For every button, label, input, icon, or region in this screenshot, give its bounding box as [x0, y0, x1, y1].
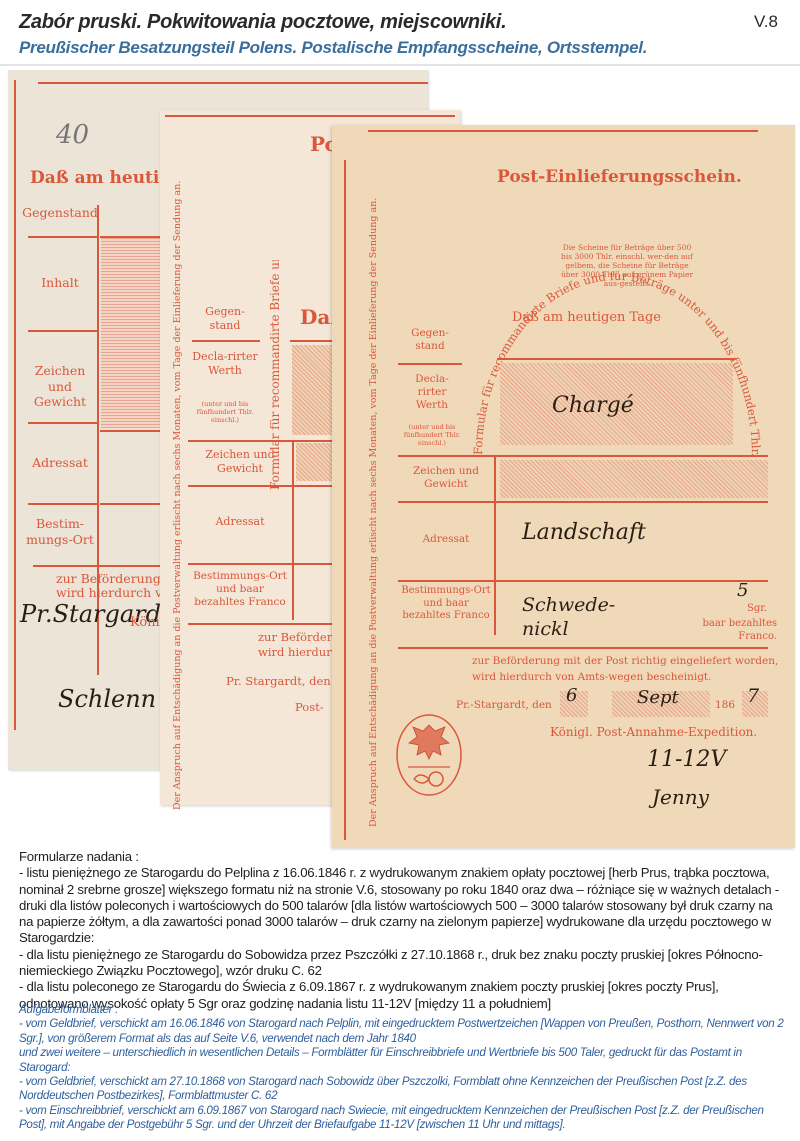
footer-text-line-1: zur Beförderu: [258, 630, 340, 644]
caption-polish: Formularze nadania : - listu pieniężnego…: [19, 849, 784, 1012]
row-line: [192, 340, 260, 342]
label-zeichen-gewicht: Zeichen und Gewicht: [192, 448, 288, 476]
row-line: [398, 455, 768, 457]
label-gegenstand: Gegen-stand: [398, 327, 462, 353]
top-border-line: [38, 82, 428, 84]
row-line: [398, 647, 768, 649]
paper-color-notice: Die Scheine für Beträge über 500 bis 300…: [557, 243, 697, 288]
row-line: [398, 580, 768, 582]
vertical-liability-note: Der Anspruch auf Entschädigung an die Po…: [172, 130, 184, 810]
label-adressat: Adressat: [192, 515, 288, 529]
label-bestimmungsort: Bestim-mungs-Ort: [24, 516, 96, 547]
label-gegenstand: Gegen-stand: [190, 305, 260, 333]
caption-polish-heading: Formularze nadania :: [19, 849, 784, 865]
label-zeichen-gewicht: Zeichen und Gewicht: [398, 465, 494, 491]
caption-german: Aufgabeformblätter : - vom Geldbrief, ve…: [19, 1003, 789, 1133]
vertical-liability-note: Der Anspruch auf Entschädigung an die Po…: [368, 147, 380, 827]
page-title-polish: Zabór pruski. Pokwitowania pocztowe, mie…: [19, 11, 506, 34]
caption-polish-paragraph: - listu pieniężnego ze Starogardu do Pel…: [19, 865, 784, 946]
franco-unit: Sgr.: [747, 603, 767, 614]
top-border-line: [368, 130, 758, 132]
label-bestimmungsort: Bestimmungs-Ort und baar bezahltes Franc…: [190, 570, 290, 609]
row-line: [28, 503, 98, 505]
office-label: Königl. Post-Annahme-Expedition.: [550, 725, 757, 739]
handwritten-year: 7: [747, 685, 759, 707]
left-border-line: [344, 160, 346, 840]
caption-german-paragraph: - vom Einschreibbrief, verschickt am 6.0…: [19, 1104, 789, 1133]
handwritten-franco-amount: 5: [737, 580, 748, 601]
shaded-field: [292, 345, 337, 435]
row-line: [28, 236, 98, 238]
top-border-line: [165, 115, 455, 117]
row-line: [188, 563, 338, 565]
handwritten-time: 11-12V: [647, 747, 726, 772]
caption-german-paragraph: - vom Geldbrief, verschickt am 27.10.186…: [19, 1075, 789, 1104]
handwritten-signature: Schlenn: [58, 685, 156, 713]
table-divider: [494, 455, 496, 635]
left-border-line: [14, 80, 16, 730]
handwritten-value: Chargé: [552, 393, 634, 418]
handwritten-destination: Schwede-nickl: [522, 593, 652, 641]
place-label: Pr.-Stargardt, den: [456, 699, 552, 711]
header-divider: [0, 64, 800, 66]
table-divider: [292, 440, 294, 620]
label-gegenstand: Gegenstand: [20, 205, 100, 221]
werth-note: (unter und bis fünfhundert Thlr. einschl…: [192, 400, 258, 424]
label-declarirter-werth: Decla-rirter Werth: [402, 373, 462, 412]
office-fragment: Post-: [295, 700, 324, 714]
heading: Daß am heutigen Tage: [512, 310, 661, 325]
handwritten-month: Sept: [637, 687, 679, 708]
document-right-1867-receipt: Post-Einlieferungsschein. Der Anspruch a…: [332, 125, 795, 848]
form-title: Post-Einlieferungsschein.: [497, 167, 742, 187]
row-line: [28, 422, 98, 424]
year-prefix: 186: [715, 699, 735, 711]
row-line: [188, 485, 338, 487]
caption-polish-paragraph: - dla listu pieniężnego ze Starogardu do…: [19, 947, 784, 980]
page-number: V.8: [754, 12, 778, 32]
row-line: [188, 440, 338, 442]
footer-text-line-1: zur Beförderung m: [56, 572, 177, 586]
label-zeichen-gewicht: Zeichen und Gewicht: [22, 363, 98, 410]
handwritten-signature: Jenny: [652, 785, 709, 809]
label-bestimmungsort: Bestimmungs-Ort und baar bezahltes Franc…: [398, 585, 494, 623]
footer-text-line-2: wird hierdurch von Amts-wegen bescheinig…: [472, 671, 712, 683]
franco-label: baar bezahltes Franco.: [697, 617, 777, 643]
eagle-posthorn-stamp-icon: [394, 713, 464, 798]
footer-text-line-1: zur Beförderung mit der Post richtig ein…: [472, 655, 778, 667]
label-adressat: Adressat: [20, 455, 100, 471]
row-line: [188, 623, 338, 625]
handwritten-addressee: Landschaft: [522, 520, 646, 545]
label-declarirter-werth: Decla-rirter Werth: [192, 350, 258, 378]
label-adressat: Adressat: [398, 533, 494, 546]
caption-german-paragraph: und zwei weitere – unterschiedlich in we…: [19, 1046, 789, 1075]
place-line: Pr. Stargardt, den: [226, 674, 331, 688]
row-line: [398, 363, 462, 365]
row-line: [497, 358, 735, 360]
caption-german-paragraph: - vom Geldbrief, verschickt am 16.06.184…: [19, 1017, 789, 1046]
page-title-german: Preußischer Besatzungsteil Polens. Posta…: [19, 38, 647, 58]
row-line: [398, 501, 768, 503]
label-inhalt: Inhalt: [20, 275, 100, 291]
handwritten-day: 6: [566, 685, 577, 706]
werth-note: (unter und bis fünfhundert Thlr. einschl…: [398, 423, 466, 447]
footer-text-line-2: wird hierdurch vor: [56, 586, 176, 600]
shaded-weight-field: [500, 460, 768, 498]
pencil-note: 40: [56, 120, 89, 150]
row-line: [28, 330, 98, 332]
caption-german-heading: Aufgabeformblätter :: [19, 1003, 789, 1017]
